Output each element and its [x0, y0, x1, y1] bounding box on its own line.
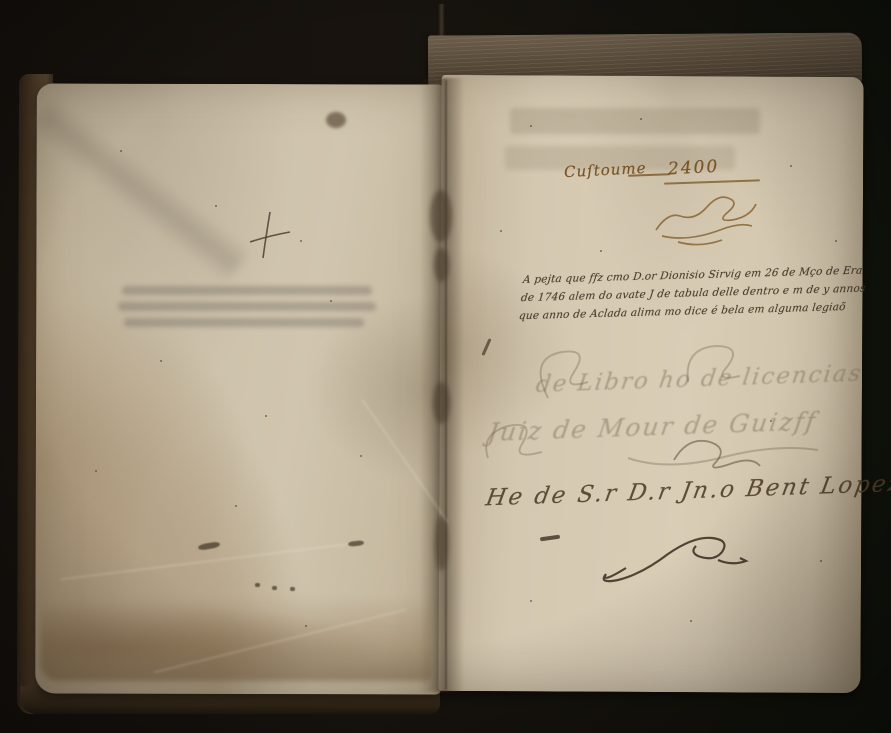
ink-dot: [272, 586, 277, 590]
paper-speck: [305, 625, 307, 627]
paper-speck: [160, 360, 162, 362]
paper-speck: [95, 470, 97, 472]
cross-mark: [246, 208, 294, 262]
paper-speck: [835, 240, 837, 242]
paper-speck: [300, 240, 302, 242]
paper-speck: [690, 620, 692, 622]
paper-speck: [820, 560, 822, 562]
paper-speck: [530, 125, 532, 127]
paper-speck: [235, 505, 237, 507]
manuscript-note: A pejta que ffz cmo D.or Dionisio Sirvig…: [518, 262, 854, 325]
paper-speck: [215, 205, 217, 207]
offset-ink-smudge: [122, 286, 372, 295]
gutter-blotch: [434, 248, 449, 282]
offset-ink-smudge: [124, 318, 364, 327]
gutter-blotch: [433, 382, 450, 424]
cross-mark-drawing: [246, 208, 294, 262]
paper-speck: [600, 250, 602, 252]
gutter-blotch: [430, 190, 452, 242]
ink-dot: [255, 583, 260, 587]
ink-dot: [290, 587, 295, 591]
book-scan-photo: Cuſtoume 2400 A pejta que ffz cmo D.or D…: [0, 0, 891, 733]
water-stain-bottom: [40, 595, 432, 681]
paper-speck: [120, 150, 122, 152]
paper-speck: [530, 600, 532, 602]
s-flourish-drawing: [590, 528, 765, 590]
price-note-amount: 2400: [668, 157, 720, 180]
paper-speck: [265, 415, 267, 417]
paper-speck: [360, 455, 362, 457]
paper-speck: [640, 118, 642, 120]
paper-speck: [330, 300, 332, 302]
bleedthrough-title-row: [510, 108, 760, 134]
gutter-blotch: [435, 515, 448, 571]
ink-s-flourish: [590, 528, 765, 590]
spine-top-notch: [438, 4, 445, 38]
offset-ink-smudge: [118, 302, 376, 311]
paper-speck: [500, 230, 502, 232]
ink-paraph-flourish: [648, 190, 766, 248]
paraph-drawing: [648, 190, 766, 248]
paper-speck: [790, 165, 792, 167]
ink-blot: [326, 112, 346, 128]
